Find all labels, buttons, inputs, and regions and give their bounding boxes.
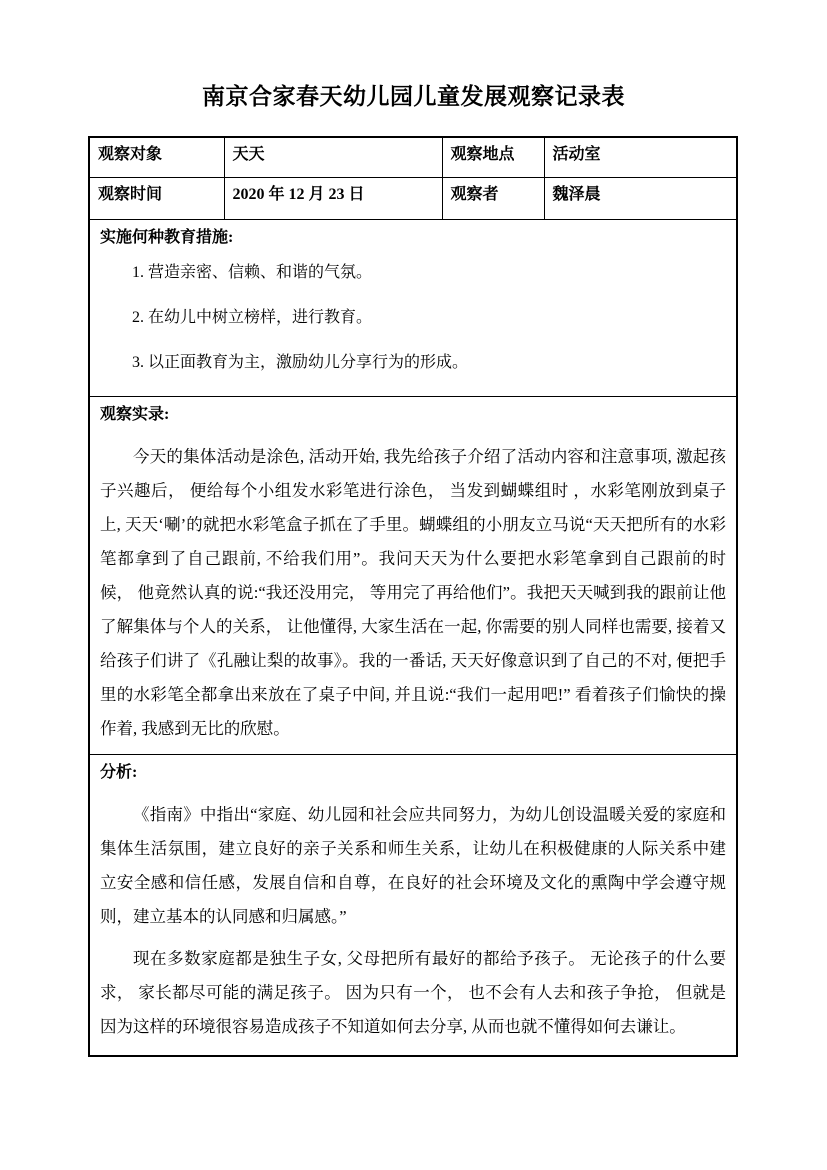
observation-record-paragraph: 今天的集体活动是涂色, 活动开始, 我先给孩子介绍了活动内容和注意事项, 激起孩… [100, 440, 726, 746]
document-page: 南京合家春天幼儿园儿童发展观察记录表 观察对象 天天 观察地点 活动室 观察时间… [0, 0, 827, 1170]
value-observation-subject: 天天 [224, 138, 442, 177]
document-title: 南京合家春天幼儿园儿童发展观察记录表 [0, 83, 827, 110]
measure-item-2: 2. 在幼儿中树立榜样，进行教育。 [100, 295, 726, 340]
section-observation-record: 观察实录: 今天的集体活动是涂色, 活动开始, 我先给孩子介绍了活动内容和注意事… [90, 397, 736, 755]
label-observation-time: 观察时间 [90, 177, 224, 219]
info-row-subject-location: 观察对象 天天 观察地点 活动室 [90, 138, 736, 177]
measure-item-1: 1. 营造亲密、信赖、和谐的气氛。 [100, 250, 726, 295]
info-grid: 观察对象 天天 观察地点 活动室 观察时间 2020 年 12 月 23 日 观… [90, 138, 736, 220]
label-observation-subject: 观察对象 [90, 138, 224, 177]
value-observation-location: 活动室 [544, 138, 736, 177]
value-observer: 魏泽晨 [544, 177, 736, 219]
label-observation-location: 观察地点 [442, 138, 544, 177]
info-row-time-observer: 观察时间 2020 年 12 月 23 日 观察者 魏泽晨 [90, 177, 736, 219]
section-analysis: 分析: 《指南》中指出“家庭、幼儿园和社会应共同努力，为幼儿创设温暖关爱的家庭和… [90, 755, 736, 1055]
observation-record-heading: 观察实录: [100, 403, 726, 427]
value-observation-time: 2020 年 12 月 23 日 [224, 177, 442, 219]
analysis-heading: 分析: [100, 761, 726, 785]
section-education-measures: 实施何种教育措施: 1. 营造亲密、信赖、和谐的气氛。 2. 在幼儿中树立榜样，… [90, 220, 736, 397]
analysis-paragraph-2: 现在多数家庭都是独生子女, 父母把所有最好的都给予孩子。 无论孩子的什么要求， … [100, 942, 726, 1044]
measure-item-3: 3. 以正面教育为主，激励幼儿分享行为的形成。 [100, 340, 726, 385]
analysis-paragraph-1: 《指南》中指出“家庭、幼儿园和社会应共同努力，为幼儿创设温暖关爱的家庭和集体生活… [100, 798, 726, 934]
observation-record-table: 观察对象 天天 观察地点 活动室 观察时间 2020 年 12 月 23 日 观… [88, 136, 738, 1057]
label-observer: 观察者 [442, 177, 544, 219]
education-measures-heading: 实施何种教育措施: [100, 226, 726, 250]
